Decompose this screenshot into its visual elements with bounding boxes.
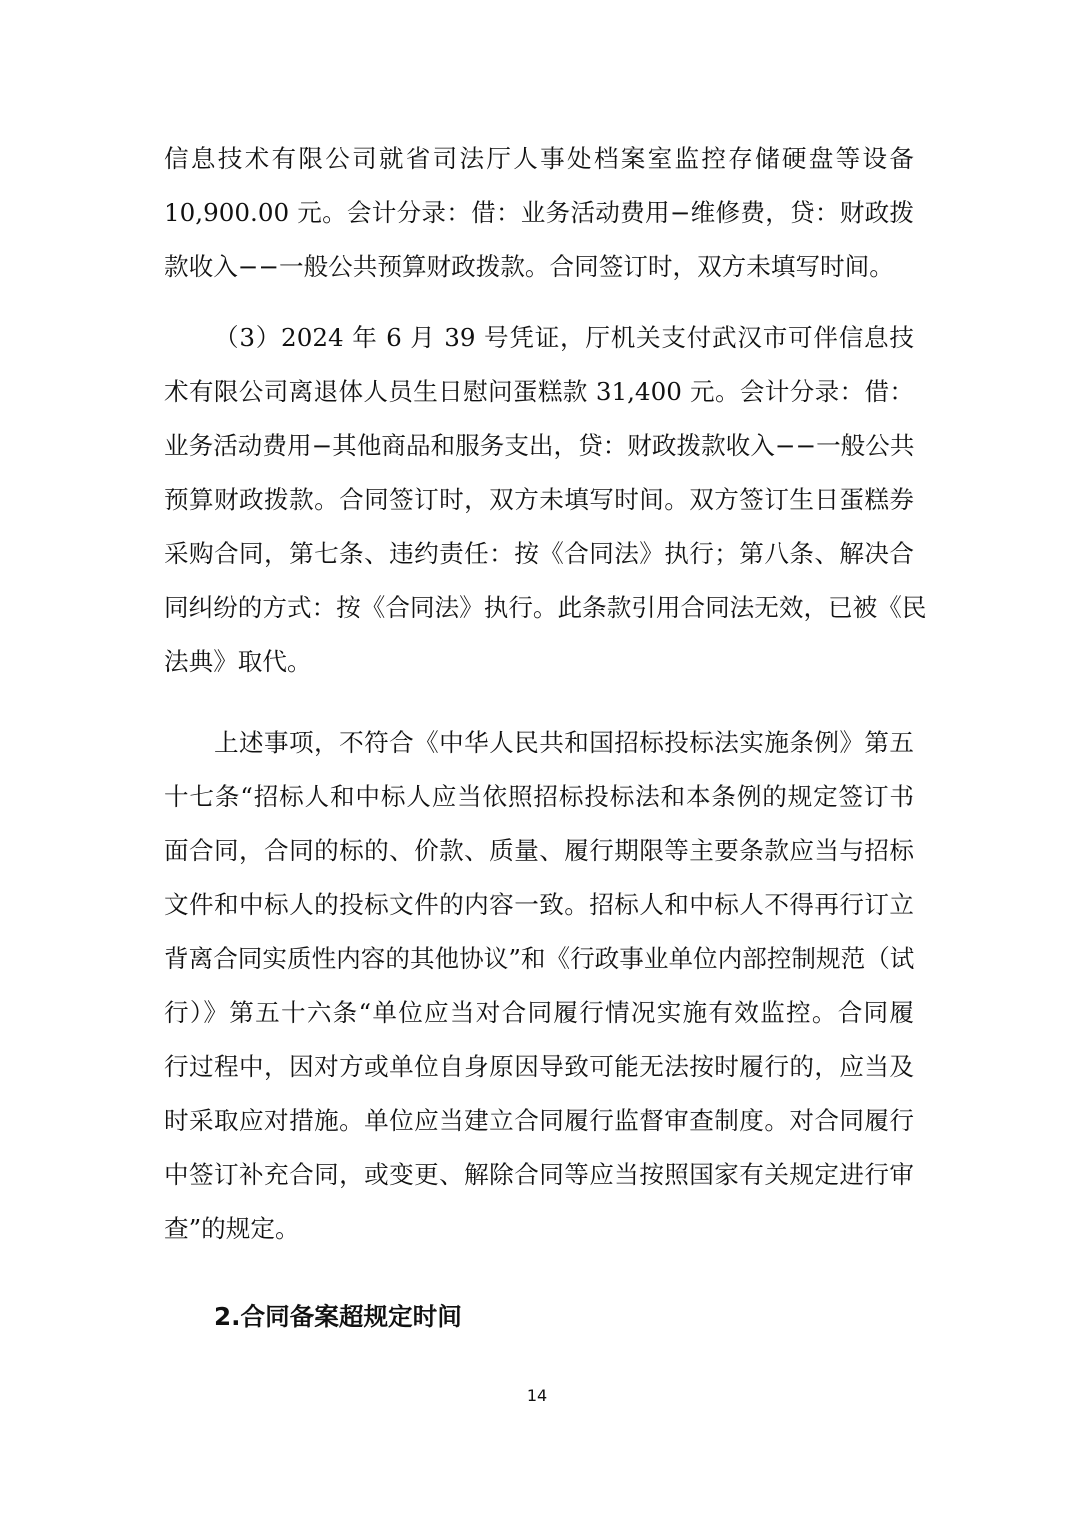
text-line: 法典》取代。 (164, 647, 914, 677)
text-line: 时采取应对措施。单位应当建立合同履行监督审查制度。对合同履行 (164, 1106, 914, 1136)
text-line: 款收入−−一般公共预算财政拨款。合同签订时，双方未填写时间。 (164, 252, 914, 282)
section-number: 2. (214, 1302, 240, 1331)
text-line: 上述事项，不符合《中华人民共和国招标投标法实施条例》第五 (214, 728, 914, 758)
text-line: 采购合同，第七条、违约责任：按《合同法》执行；第八条、解决合 (164, 539, 914, 569)
text-line: 10,900.00 元。会计分录：借：业务活动费用−维修费，贷：财政拨 (164, 198, 914, 228)
text-line: 同纠纷的方式：按《合同法》执行。此条款引用合同法无效，已被《民 (164, 593, 914, 623)
text-line: 文件和中标人的投标文件的内容一致。招标人和中标人不得再行订立 (164, 890, 914, 920)
text-line: 十七条“招标人和中标人应当依照招标投标法和本条例的规定签订书 (164, 782, 914, 812)
text-line: 行过程中，因对方或单位自身原因导致可能无法按时履行的，应当及 (164, 1052, 914, 1082)
section-title: 合同备案超规定时间 (240, 1302, 461, 1331)
text-line: 中签订补充合同，或变更、解除合同等应当按照国家有关规定进行审 (164, 1160, 914, 1190)
text-line: 背离合同实质性内容的其他协议”和《行政事业单位内部控制规范（试 (164, 944, 914, 974)
text-line: 查”的规定。 (164, 1214, 914, 1244)
page-number: 14 (0, 1386, 1074, 1405)
section-heading: 2.合同备案超规定时间 (214, 1302, 462, 1332)
text-line: 预算财政拨款。合同签订时，双方未填写时间。双方签订生日蛋糕券 (164, 485, 914, 515)
text-line: 业务活动费用−其他商品和服务支出，贷：财政拨款收入−−一般公共 (164, 431, 914, 461)
document-page: 信息技术有限公司就省司法厅人事处档案室监控存储硬盘等设备 10,900.00 元… (0, 0, 1074, 1520)
text-line: 术有限公司离退体人员生日慰问蛋糕款 31,400 元。会计分录：借： (164, 377, 914, 407)
text-line: 行）》第五十六条“单位应当对合同履行情况实施有效监控。合同履 (164, 998, 914, 1028)
text-line: 信息技术有限公司就省司法厅人事处档案室监控存储硬盘等设备 (164, 144, 914, 174)
text-line: 面合同，合同的标的、价款、质量、履行期限等主要条款应当与招标 (164, 836, 914, 866)
text-line: （3）2024 年 6 月 39 号凭证，厅机关支付武汉市可伴信息技 (214, 323, 914, 353)
